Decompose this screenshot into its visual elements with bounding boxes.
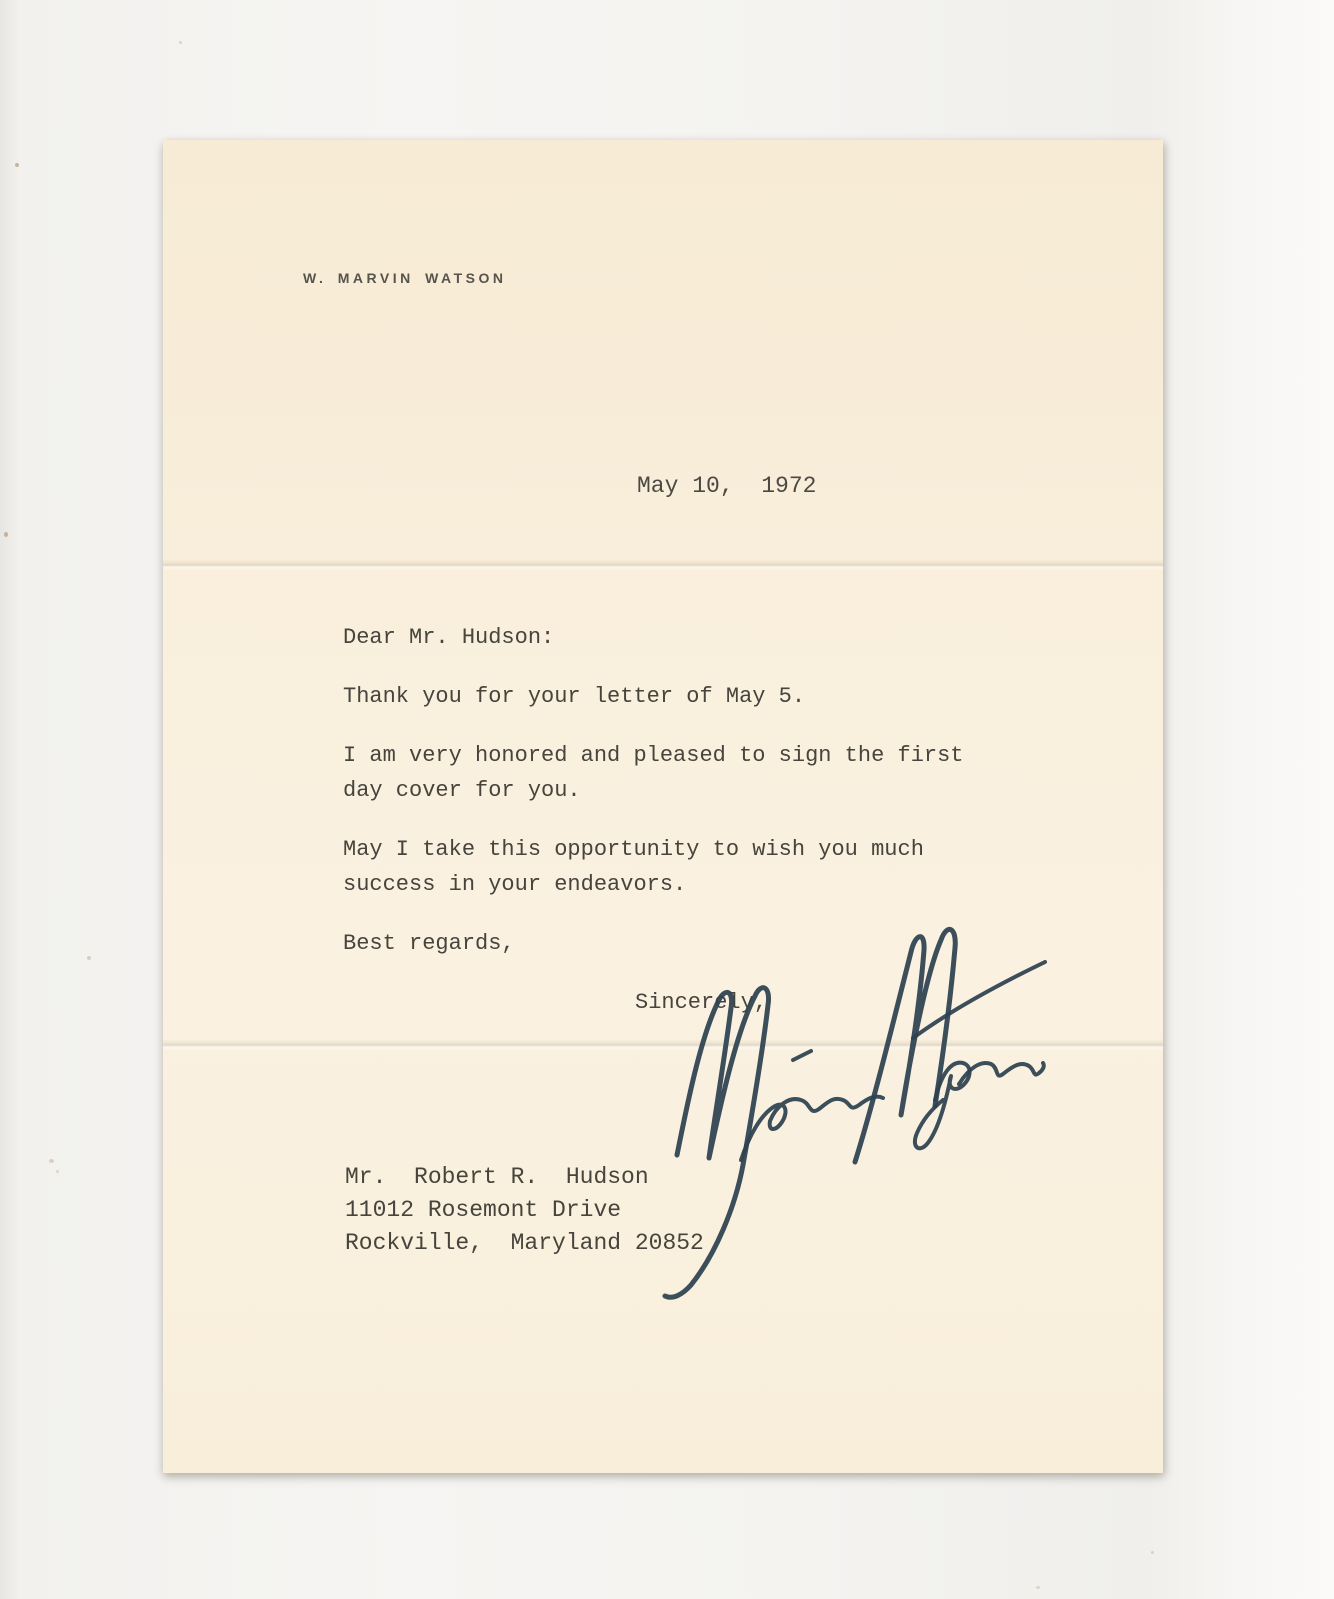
paragraph-1: Thank you for your letter of May 5. bbox=[343, 679, 964, 714]
paragraph-2-line-2: day cover for you. bbox=[343, 773, 964, 808]
recipient-street: 11012 Rosemont Drive bbox=[345, 1194, 704, 1227]
letter-date: May 10, 1972 bbox=[637, 473, 816, 499]
letterhead-name: W. MARVIN WATSON bbox=[303, 270, 506, 286]
scan-speck bbox=[1036, 1586, 1040, 1589]
recipient-city-state-zip: Rockville, Maryland 20852 bbox=[345, 1227, 704, 1260]
letter-paper: W. MARVIN WATSON May 10, 1972 Dear Mr. H… bbox=[163, 140, 1163, 1473]
salutation: Dear Mr. Hudson: bbox=[343, 620, 964, 655]
paragraph-2-line-1: I am very honored and pleased to sign th… bbox=[343, 738, 964, 773]
scan-speck bbox=[1151, 1551, 1154, 1554]
paragraph-3-line-2: success in your endeavors. bbox=[343, 867, 964, 902]
scanned-letter-photo: { "scan": { "background_color": "#f4f3f1… bbox=[0, 0, 1334, 1599]
paragraph-3-line-1: May I take this opportunity to wish you … bbox=[343, 832, 964, 867]
paragraph-3: May I take this opportunity to wish you … bbox=[343, 832, 964, 902]
paragraph-2: I am very honored and pleased to sign th… bbox=[343, 738, 964, 808]
recipient-name: Mr. Robert R. Hudson bbox=[345, 1161, 704, 1194]
scan-speck bbox=[87, 956, 91, 960]
fold-crease-upper bbox=[163, 559, 1163, 571]
scan-speck bbox=[49, 1159, 54, 1163]
recipient-address-block: Mr. Robert R. Hudson 11012 Rosemont Driv… bbox=[345, 1161, 704, 1260]
scan-speck bbox=[15, 163, 19, 167]
scan-speck bbox=[4, 532, 8, 537]
scan-speck bbox=[56, 1170, 59, 1173]
scan-speck bbox=[179, 41, 182, 44]
